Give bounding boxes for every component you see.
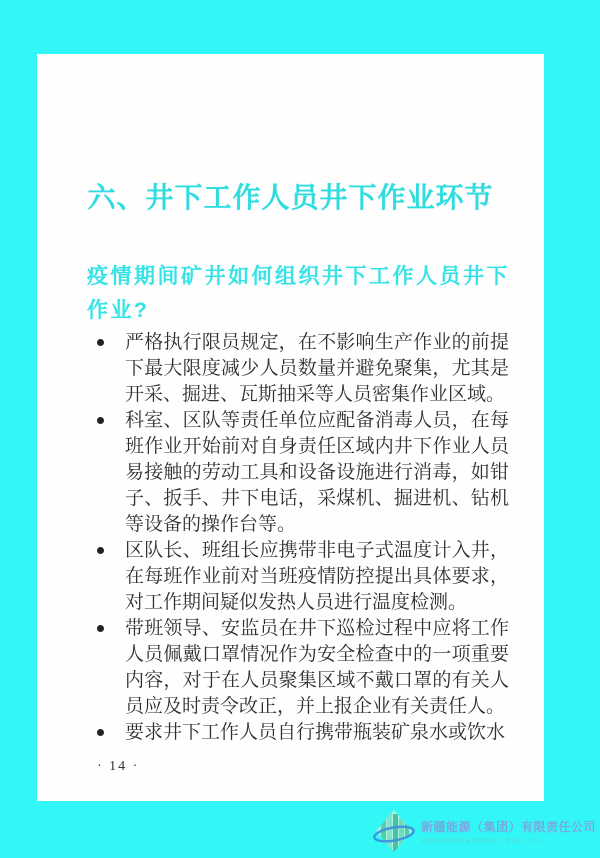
- company-logo-icon: [372, 807, 416, 855]
- list-item: 带班领导、安监员在井下巡检过程中应将工作人员佩戴口罩情况作为安全检查中的一项重要…: [95, 616, 509, 720]
- list-item: 要求井下工作人员自行携带瓶装矿泉水或饮水: [95, 720, 509, 746]
- bullet-list: 严格执行限员规定，在不影响生产作业的前提下最大限度减少人员数量并避免聚集，尤其是…: [95, 330, 509, 746]
- bullet-icon: [95, 408, 125, 424]
- document-page: 六、井下工作人员井下作业环节 疫情期间矿井如何组织井下工作人员井下作业? 严格执…: [37, 54, 544, 801]
- page-number: · 14 ·: [97, 759, 139, 775]
- company-watermark: 新疆能源（集团）有限责任公司 XINJIANG ENERGY CO.,LTD: [372, 807, 596, 855]
- bullet-icon: [95, 538, 125, 554]
- bullet-icon: [95, 616, 125, 632]
- bullet-text: 科室、区队等责任单位应配备消毒人员，在每班作业开始前对自身责任区域内井下作业人员…: [125, 408, 509, 538]
- list-item: 科室、区队等责任单位应配备消毒人员，在每班作业开始前对自身责任区域内井下作业人员…: [95, 408, 509, 538]
- section-title: 六、井下工作人员井下作业环节: [37, 176, 544, 216]
- list-item: 严格执行限员规定，在不影响生产作业的前提下最大限度减少人员数量并避免聚集，尤其是…: [95, 330, 509, 408]
- bullet-text: 要求井下工作人员自行携带瓶装矿泉水或饮水: [125, 720, 509, 746]
- company-name-en: XINJIANG ENERGY CO.,LTD: [421, 838, 596, 845]
- bullet-text: 带班领导、安监员在井下巡检过程中应将工作人员佩戴口罩情况作为安全检查中的一项重要…: [125, 616, 509, 720]
- list-item: 区队长、班组长应携带非电子式温度计入井，在每班作业前对当班疫情防控提出具体要求，…: [95, 538, 509, 616]
- bullet-text: 区队长、班组长应携带非电子式温度计入井，在每班作业前对当班疫情防控提出具体要求，…: [125, 538, 509, 616]
- company-name-block: 新疆能源（集团）有限责任公司 XINJIANG ENERGY CO.,LTD: [421, 818, 596, 845]
- bullet-icon: [95, 330, 125, 346]
- bullet-icon: [95, 720, 125, 736]
- bullet-text: 严格执行限员规定，在不影响生产作业的前提下最大限度减少人员数量并避免聚集，尤其是…: [125, 330, 509, 408]
- question-heading: 疫情期间矿井如何组织井下工作人员井下作业?: [87, 260, 511, 328]
- company-name-cn: 新疆能源（集团）有限责任公司: [421, 818, 596, 835]
